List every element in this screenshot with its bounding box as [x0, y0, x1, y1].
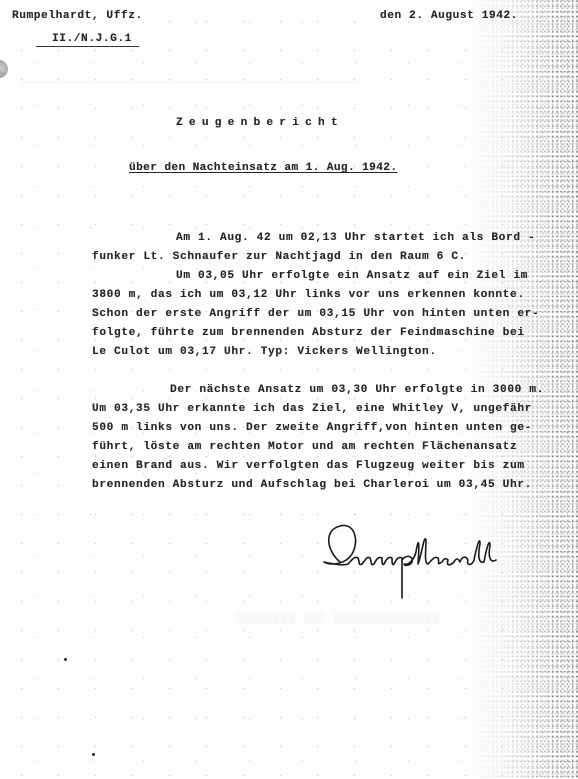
- text-line: Schon der erste Angriff der um 03,15 Uhr…: [92, 308, 539, 320]
- text-line: brennenden Absturz und Aufschlag bei Cha…: [92, 479, 532, 491]
- text-line: funker Lt. Schnaufer zur Nachtjagd in de…: [92, 251, 466, 263]
- text-line: Der nächste Ansatz um 03,30 Uhr erfolgte…: [170, 384, 544, 396]
- speck: [64, 658, 67, 661]
- handwritten-signature: Rumpelhardt: [318, 520, 538, 600]
- punch-hole: [0, 60, 8, 78]
- text-line: folgte, führte zum brennenden Absturz de…: [92, 327, 525, 339]
- bleed-through-text: ────────────────────────────────────────…: [20, 78, 362, 90]
- speck: [92, 753, 95, 756]
- document-title: Zeugenbericht: [176, 117, 344, 129]
- text-line: Um 03,35 Uhr erkannte ich das Ziel, eine…: [92, 403, 532, 415]
- text-line: Am 1. Aug. 42 um 02,13 Uhr startet ich a…: [176, 232, 535, 244]
- text-line: Um 03,05 Uhr erfolgte ein Ansatz auf ein…: [176, 270, 528, 282]
- bleed-through-text: ▒▒▒▒▒▒▒▒ ▒▒▒ ▒▒▒▒▒▒▒▒▒▒▒▒▒▒: [235, 612, 440, 624]
- sender-name: Rumpelhardt, Uffz.: [12, 10, 143, 22]
- text-line: 500 m links von uns. Der zweite Angriff,…: [92, 422, 532, 434]
- text-line: Le Culot um 03,17 Uhr. Typ: Vickers Well…: [92, 346, 437, 358]
- document-date: den 2. August 1942.: [380, 10, 518, 22]
- sender-unit: II./N.J.G.1: [36, 32, 139, 47]
- text-line: einen Brand aus. Wir verfolgten das Flug…: [92, 460, 525, 472]
- text-line: 3800 m, das ich um 03,12 Uhr links vor u…: [92, 289, 525, 301]
- text-line: führt, löste am rechten Motor und am rec…: [92, 441, 517, 453]
- document-subtitle: über den Nachteinsatz am 1. Aug. 1942.: [129, 162, 397, 174]
